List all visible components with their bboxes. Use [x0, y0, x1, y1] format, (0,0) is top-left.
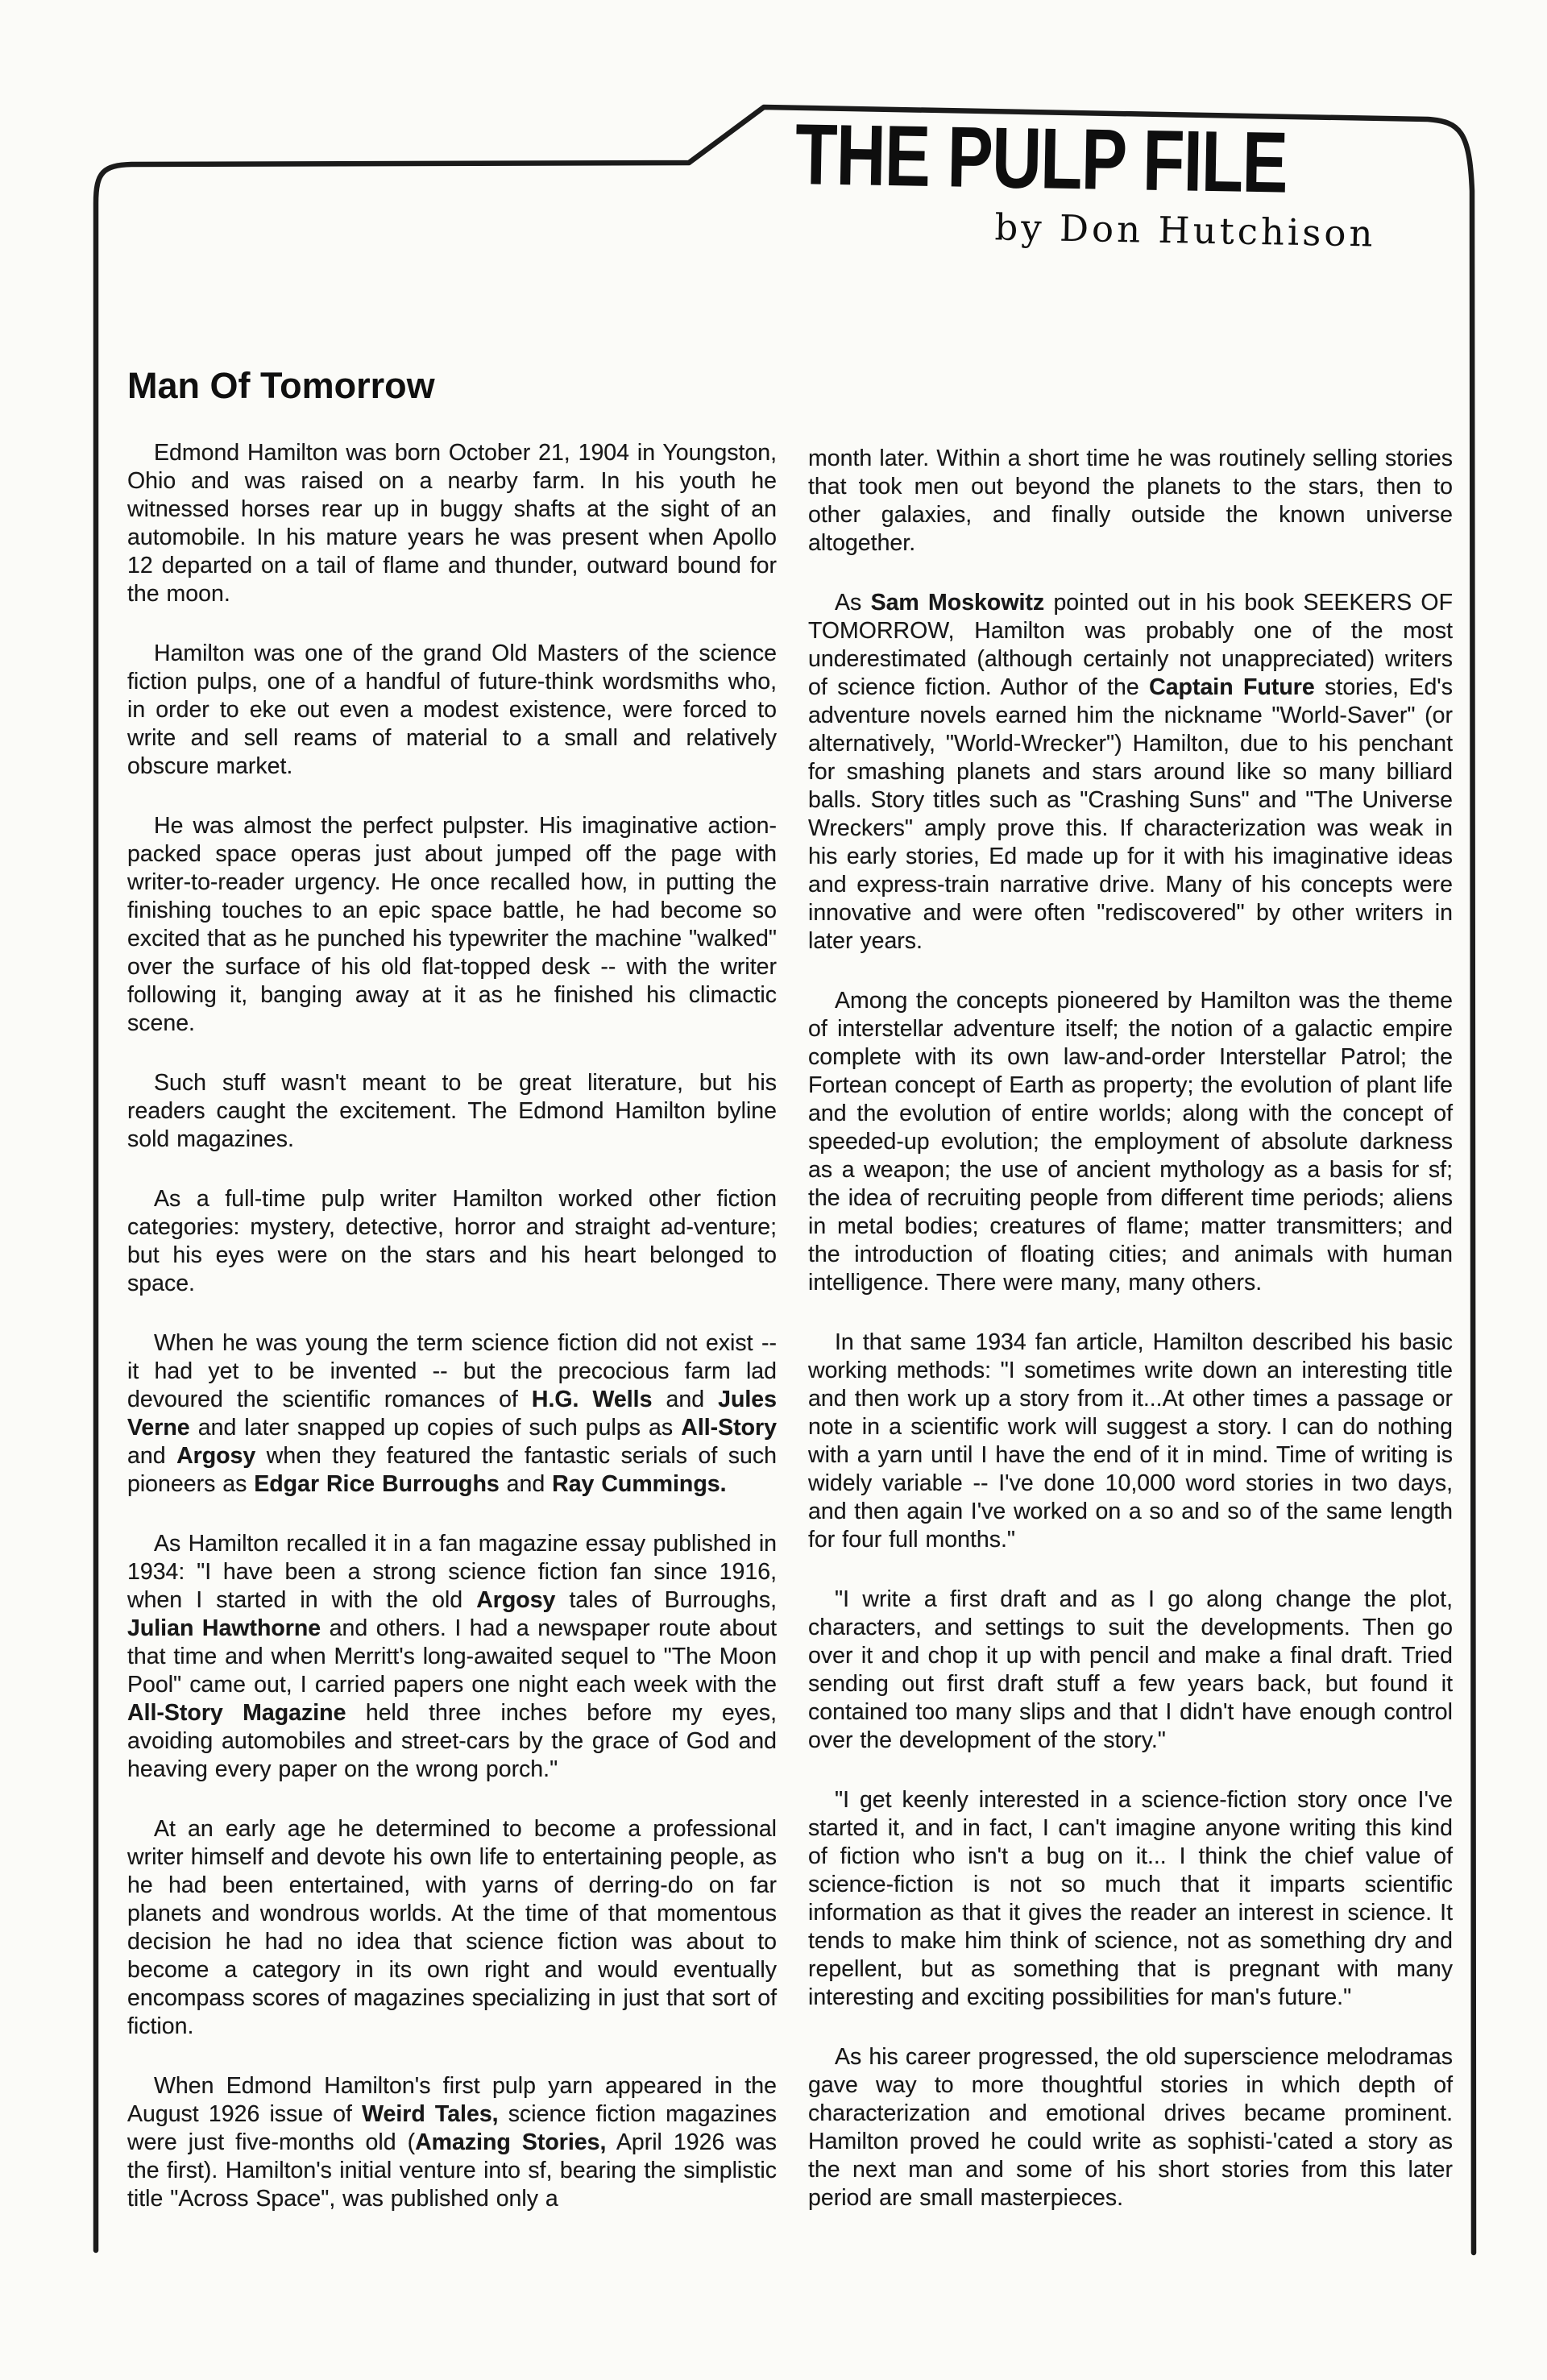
bold-run: Amazing Stories, [415, 2129, 606, 2155]
page-title: THE PULP FILE [794, 111, 1288, 206]
article-heading: Man Of Tomorrow [127, 365, 435, 407]
text-run: and later snapped up copies of such pulp… [190, 1415, 682, 1441]
bold-run: Argosy [476, 1587, 555, 1613]
text-run: Among the concepts pioneered by Hamilton… [808, 988, 1453, 1296]
bold-run: All-Story [681, 1415, 777, 1441]
bold-run: Edgar Rice Burroughs [254, 1471, 499, 1497]
text-run: Hamilton was one of the grand Old Master… [127, 641, 777, 779]
paragraph: As Sam Moskowitz pointed out in his book… [808, 589, 1453, 956]
text-run: stories, Ed's adventure novels earned hi… [808, 674, 1453, 954]
paragraph: As his career progressed, the old supers… [808, 2043, 1453, 2212]
bold-run: Argosy [176, 1443, 255, 1469]
bold-run: Julian Hawthorne [127, 1615, 321, 1641]
text-run: In that same 1934 fan article, Hamilton … [808, 1329, 1453, 1553]
text-run: "I get keenly interested in a science-fi… [808, 1787, 1453, 2010]
paragraph: "I get keenly interested in a science-fi… [808, 1786, 1453, 2012]
text-run: and [652, 1387, 718, 1412]
text-run: Edmond Hamilton was born October 21, 190… [127, 440, 777, 607]
text-run: As his career progressed, the old supers… [808, 2044, 1453, 2211]
text-run: month later. Within a short time he was … [808, 446, 1453, 556]
text-run: Such stuff wasn't meant to be great lite… [127, 1070, 777, 1152]
paragraph: In that same 1934 fan article, Hamilton … [808, 1329, 1453, 1554]
paragraph: As Hamilton recalled it in a fan magazin… [127, 1530, 777, 1784]
paragraph: Hamilton was one of the grand Old Master… [127, 640, 777, 781]
paragraph: When he was young the term science ficti… [127, 1329, 777, 1499]
bold-run: H.G. Wells [532, 1387, 653, 1412]
article-body: Edmond Hamilton was born October 21, 190… [127, 439, 1453, 2213]
paragraph: Among the concepts pioneered by Hamilton… [808, 987, 1453, 1297]
scanned-fanzine-page: THE PULP FILE by Don Hutchison Man Of To… [0, 0, 1547, 2380]
column-left: Edmond Hamilton was born October 21, 190… [127, 439, 777, 2213]
text-run: As a full-time pulp writer Hamilton work… [127, 1186, 777, 1296]
text-run: He was almost the perfect pulpster. His … [127, 813, 777, 1036]
text-run: tales of Burroughs, [555, 1587, 777, 1613]
paragraph: He was almost the perfect pulpster. His … [127, 812, 777, 1038]
paragraph: When Edmond Hamilton's first pulp yarn a… [127, 2072, 777, 2213]
bold-run: Weird Tales, [362, 2101, 499, 2127]
text-run: As [835, 590, 871, 616]
text-run: and [500, 1471, 552, 1497]
bold-run: All-Story Magazine [127, 1700, 346, 1726]
byline: by Don Hutchison [794, 202, 1376, 255]
paragraph: "I write a first draft and as I go along… [808, 1586, 1453, 1755]
paragraph: Edmond Hamilton was born October 21, 190… [127, 439, 777, 608]
text-run: At an early age he determined to become … [127, 1816, 777, 2039]
bold-run: Ray Cummings. [552, 1471, 726, 1497]
paragraph: month later. Within a short time he was … [808, 445, 1453, 558]
column-right: month later. Within a short time he was … [808, 445, 1453, 2213]
paragraph: Such stuff wasn't meant to be great lite… [127, 1069, 777, 1154]
column-masthead: THE PULP FILE by Don Hutchison [794, 111, 1378, 255]
bold-run: Sam Moskowitz [871, 590, 1045, 616]
paragraph: At an early age he determined to become … [127, 1815, 777, 2041]
bold-run: Captain Future [1149, 674, 1315, 700]
text-run: and [127, 1443, 176, 1469]
text-run: "I write a first draft and as I go along… [808, 1586, 1453, 1753]
paragraph: As a full-time pulp writer Hamilton work… [127, 1185, 777, 1298]
